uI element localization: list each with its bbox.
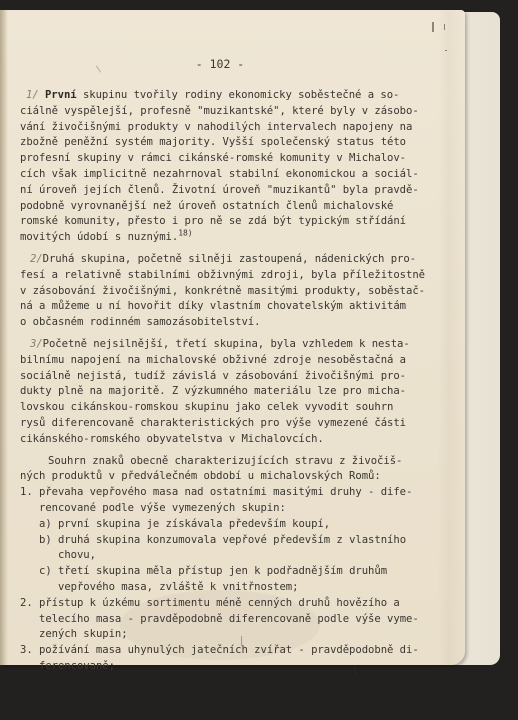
list-line: 3. požívání masa uhynulých jatečních zví… (20, 643, 430, 659)
paragraph-line: vání živočišnými produkty v nahodilých i… (20, 120, 430, 136)
list-item-2: 2. přístup k úzkému sortimentu méně cenn… (20, 596, 430, 643)
paragraph-line: rysů diferencovaně charakteristických pr… (20, 416, 430, 432)
list-line: rencované podle výše vymezených skupin: (20, 501, 430, 517)
paragraph-line: movitých údobí s nuznými.18) (20, 230, 430, 246)
line-text: druhá skupina konzumovala vepřové předev… (58, 534, 406, 546)
line-text: skupinu tvořily rodiny ekonomicky soběst… (77, 89, 400, 101)
paragraph-line: cích však implicitně nezahrnoval stabiln… (20, 167, 430, 183)
paragraph-line: ciálně vyspělejší, profesně "muzikantské… (20, 104, 430, 120)
list-marker: 3. (20, 644, 33, 656)
list-marker: c) (39, 565, 52, 577)
paragraph-line: sociálně nejistá, tudíž závislá v zásobo… (20, 369, 430, 385)
lead-word: První (45, 89, 77, 101)
margin-annotation: 2/ (30, 253, 43, 265)
line-text: převaha vepřového masa nad ostatními mas… (39, 486, 412, 498)
scanned-document: - 102 - 1/ První skupinu tvořily rodiny … (0, 0, 518, 720)
list-marker: b) (39, 534, 52, 546)
paragraph-1: 1/ První skupinu tvořily rodiny ekonomic… (20, 88, 430, 246)
page-number: - 102 - (0, 57, 440, 71)
sub-list-line: chovu, (39, 548, 430, 564)
list-item-3: 3. požívání masa uhynulých jatečních zví… (20, 643, 430, 675)
paragraph-3: 3/Početně nejsilnější, třetí skupina, by… (20, 337, 430, 448)
line-text: Početně nejsilnější, třetí skupina, byla… (43, 338, 410, 350)
sub-list: a) první skupina je získávala především … (20, 517, 430, 596)
paragraph-line: 1/ První skupinu tvořily rodiny ekonomic… (20, 88, 430, 104)
paragraph-line: dukty plně na majoritě. Z výzkumného mat… (20, 384, 430, 400)
margin-annotation: 1/ (26, 89, 39, 101)
line-text: první skupina je získávala především kou… (58, 518, 330, 530)
sub-list-item-b: b) druhá skupina konzumovala vepřové pře… (39, 533, 430, 549)
paragraph-line: Souhrn znaků obecně charakterizujících s… (20, 454, 430, 470)
binding-spine-shadow (0, 10, 8, 665)
sub-list-item-c: c) třetí skupina měla přístup jen k podř… (39, 564, 430, 580)
footnote-reference: 18) (178, 229, 192, 238)
list-line: 2. přístup k úzkému sortimentu méně cenn… (20, 596, 430, 612)
list-marker: 2. (20, 597, 33, 609)
list-item-1: 1. převaha vepřového masa nad ostatními … (20, 485, 430, 596)
paragraph-line: fesí a relativně stabilními obživnými zd… (20, 268, 430, 284)
list-line: telecího masa - pravděpodobně diferencov… (20, 612, 430, 628)
paragraph-line: v zásobování živočišnými, konkrétně masi… (20, 284, 430, 300)
paragraph-2: 2/Druhá skupina, početně silněji zastoup… (20, 252, 430, 331)
paragraph-line: ní úroveň jejích členů. Životní úroveň "… (20, 183, 430, 199)
sub-list-line: vepřového masa, zvláště k vnitřnostem; (39, 580, 430, 596)
paragraph-line: romské komunity, přesto i pro ně se zdá … (20, 214, 430, 230)
ink-speck (432, 22, 434, 32)
paragraph-line: bilnímu napojení na michalovské obživné … (20, 353, 430, 369)
sub-list-item-a: a) první skupina je získávala především … (39, 517, 430, 533)
page-fold-shade (438, 10, 465, 665)
paragraph-line: profesní skupiny v rámci cikánské-romské… (20, 151, 430, 167)
paragraph-line: ných produktů v předválečném období u mi… (20, 469, 430, 485)
paragraph-line: 3/Početně nejsilnější, třetí skupina, by… (20, 337, 430, 353)
paragraph-line: podobně vyrovnanější než úroveň ostatníc… (20, 199, 430, 215)
paragraph-line: cikánského-romského obyvatelstva v Micha… (20, 432, 430, 448)
ink-speck (444, 24, 445, 30)
paragraph-line: o občasném rodinném samozásobitelství. (20, 315, 430, 331)
document-body: 1/ První skupinu tvořily rodiny ekonomic… (20, 88, 430, 675)
paragraph-line: 2/Druhá skupina, početně silněji zastoup… (20, 252, 430, 268)
list-line: ferencovaně; (20, 659, 430, 675)
list-marker: 1. (20, 486, 33, 498)
margin-annotation: 3/ (30, 338, 43, 350)
typewritten-page: - 102 - 1/ První skupinu tvořily rodiny … (0, 10, 465, 665)
line-text: movitých údobí s nuznými. (20, 231, 178, 243)
ink-speck (445, 50, 447, 51)
paragraph-4: Souhrn znaků obecně charakterizujících s… (20, 454, 430, 486)
list-line: 1. převaha vepřového masa nad ostatními … (20, 485, 430, 501)
line-text: přístup k úzkému sortimentu méně cenných… (39, 597, 400, 609)
paragraph-line: ná a můžeme u ní hovořit díky vlastním c… (20, 299, 430, 315)
line-text: požívání masa uhynulých jatečních zvířat… (39, 644, 419, 656)
paragraph-line: lovskou cikánskou-romskou skupinu jako c… (20, 400, 430, 416)
paragraph-line: zbožně peněžní systém majority. Vyšší sp… (20, 135, 430, 151)
list-line: zených skupin; (20, 627, 430, 643)
line-text: Druhá skupina, početně silněji zastoupen… (43, 253, 416, 265)
numbered-list: 1. převaha vepřového masa nad ostatními … (20, 485, 430, 675)
line-text: třetí skupina měla přístup jen k podřadn… (58, 565, 387, 577)
list-marker: a) (39, 518, 52, 530)
